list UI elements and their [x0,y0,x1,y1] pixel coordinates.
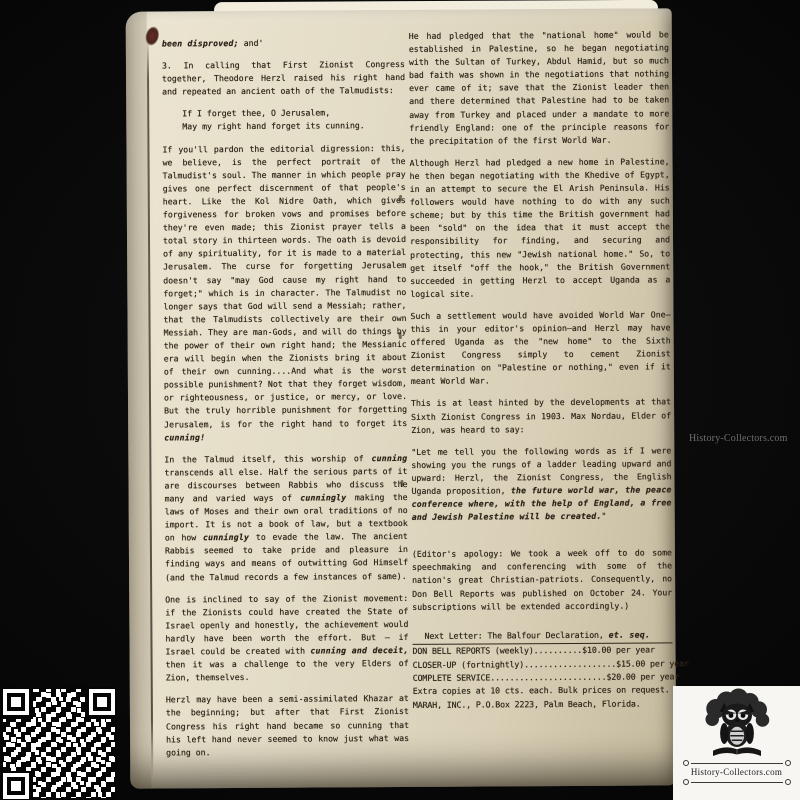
document-page: been disproved; and' 3. In calling that … [126,8,677,788]
paragraph: 3. In calling that First Zionist Congres… [162,58,405,99]
editor-apology: (Editor's apology: We took a week off to… [412,547,672,614]
qr-code [1,687,117,800]
paragraph: In the Talmud itself, this worship of cu… [164,452,408,584]
paragraph: Such a settlement would have avoided Wor… [410,308,670,388]
paragraph: Herzl may have been a semi-assimilated K… [166,692,409,759]
qr-finder-top-left [3,689,29,715]
quote-line: If I forget thee, O Jerusalem, [182,106,405,120]
paragraph: He had pledged that the "national home" … [409,28,670,147]
paragraph: One is inclined to say of the Zionist mo… [165,592,409,685]
watermark-brand: History-Collectors.com [691,767,782,778]
left-column: been disproved; and' 3. In calling that … [162,36,409,768]
watermark-card: History-Collectors.com [673,686,800,800]
photo-background: been disproved; and' 3. In calling that … [0,0,800,800]
subscription-row: DON BELL REPORTS (weekly)..........$10.0… [413,644,673,659]
right-column: He had pledged that the "national home" … [409,28,673,712]
quote-line: May my right hand forget its cunning. [182,119,405,133]
paragraph: If you'll pardon the editorial digressio… [162,142,407,445]
side-watermark-text: History-Collectors.com [689,433,788,444]
qr-finder-top-right [89,689,115,715]
subscription-block: Next Letter: The Balfour Declaration, et… [412,628,672,712]
paragraph: been disproved; and' [162,36,405,51]
paragraph: This is at least hinted by the developme… [411,396,671,437]
nordau-quote: "Let me tell you the following words as … [411,444,671,524]
oath-quote: If I forget thee, O Jerusalem, May my ri… [182,106,405,134]
owl-logo-icon [696,687,778,759]
red-stain [144,25,161,47]
qr-finder-bottom-left [3,773,29,799]
subscription-row: MARAH, INC., P.O.Box 2223, Palm Beach, F… [413,697,673,712]
decorative-divider [683,779,791,785]
next-letter-header: Next Letter: The Balfour Declaration, et… [412,628,672,645]
paragraph: Although Herzl had pledged a new home in… [410,155,671,301]
subscription-row: Extra copies at 10 cts. each. Bulk price… [413,684,673,699]
decorative-divider [683,760,791,766]
